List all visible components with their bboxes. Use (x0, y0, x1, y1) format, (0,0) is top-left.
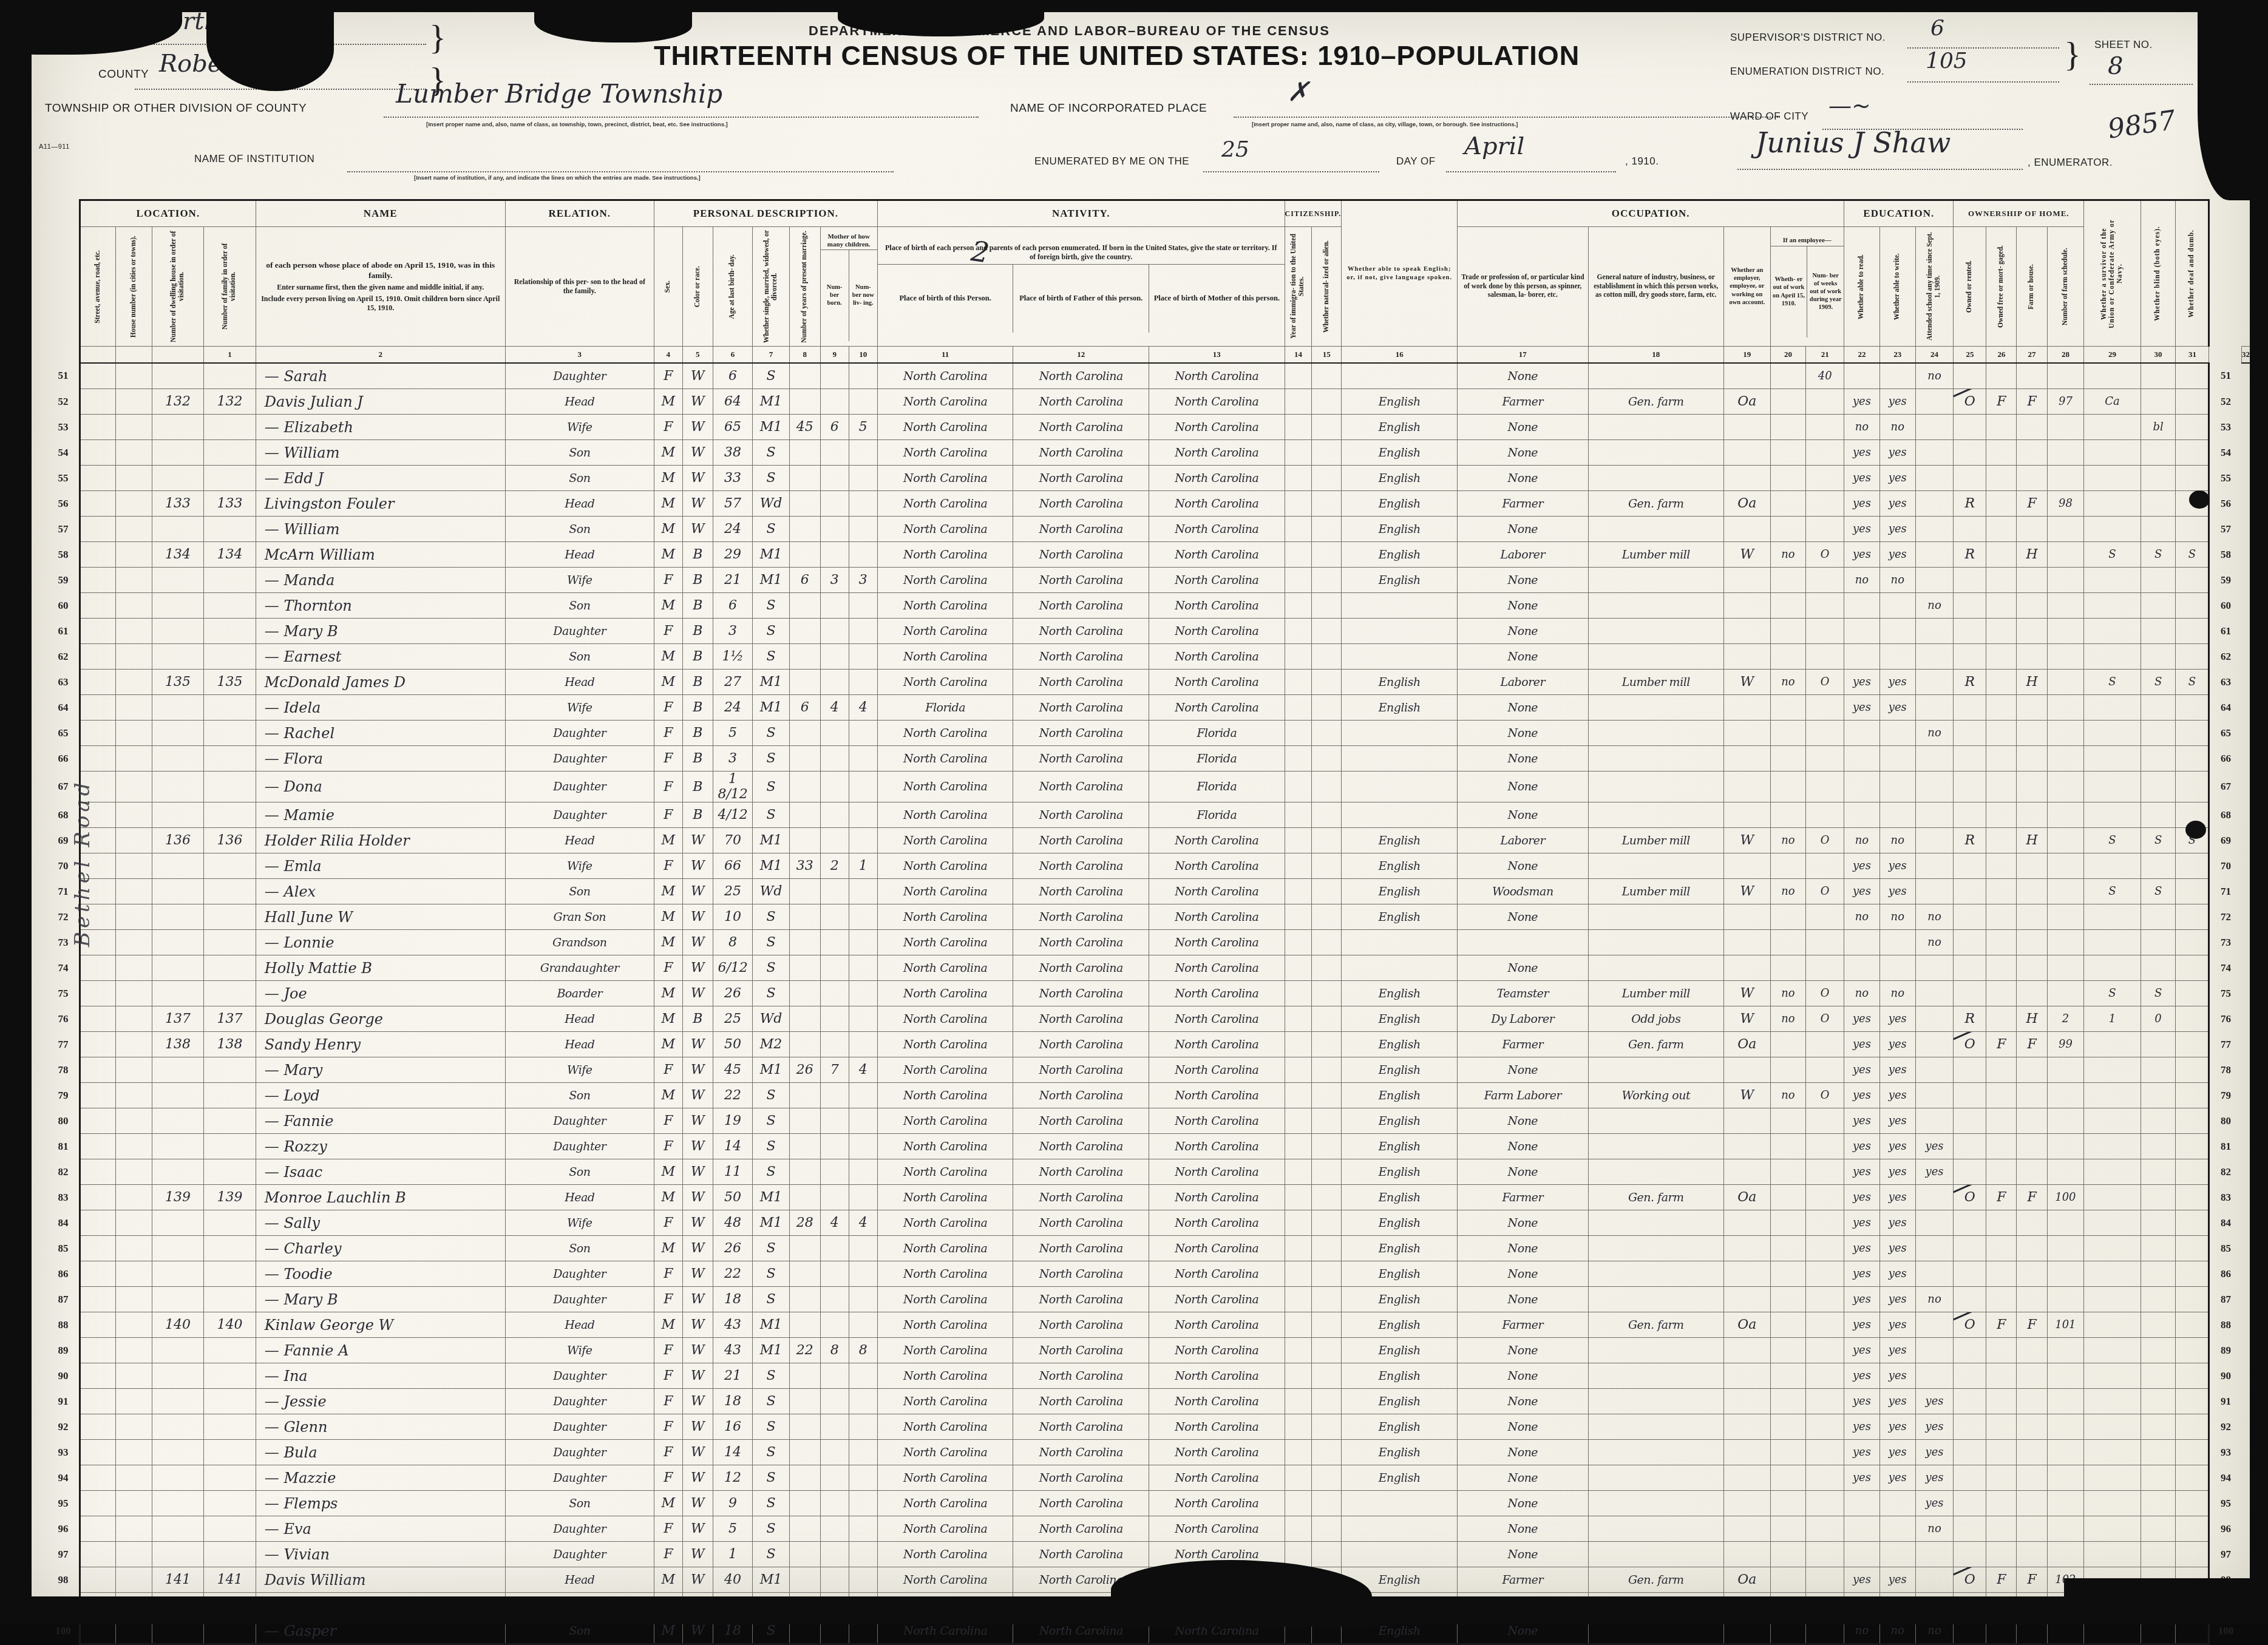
cell-o27 (1986, 1083, 2017, 1108)
col-name-desc: of each person whose place of abode on A… (256, 227, 505, 347)
cell-c30 (2084, 853, 2141, 879)
cell-rel: Gran Son (505, 904, 654, 930)
group-citizenship: CITIZENSHIP. (1285, 200, 1342, 227)
cell-fbp: North Carolina (1013, 930, 1149, 955)
cell-ym (789, 466, 820, 491)
enumerator-signature: Junius J Shaw (1756, 126, 1951, 159)
cell-sch: no (1915, 593, 1954, 619)
cell-c31: S (2141, 981, 2176, 1006)
table-row: 74Holly Mattie BGrandaughterFW6/12SNorth… (47, 955, 2252, 981)
cell-lnR: 83 (2209, 1185, 2242, 1210)
cell-mar: S (753, 746, 790, 772)
cell-ind: Lumber mill (1588, 981, 1724, 1006)
cell-ym (789, 802, 820, 828)
cell-mbp: North Carolina (1149, 619, 1285, 644)
cell-rd (1844, 363, 1880, 389)
cell-lnL: 51 (47, 363, 80, 389)
cell-house (116, 1542, 152, 1567)
cell-c30 (2084, 1057, 2141, 1083)
cell-nat (1312, 644, 1342, 670)
cell-c32 (2176, 1338, 2209, 1363)
cell-eng: English (1342, 1210, 1458, 1236)
column-number: 11 (877, 347, 1013, 364)
cell-street (80, 1261, 115, 1287)
cell-street (80, 363, 115, 389)
cell-dw (152, 1287, 204, 1312)
cell-house (116, 1338, 152, 1363)
cell-dw: 138 (152, 1032, 204, 1057)
cell-fbp: North Carolina (1013, 517, 1149, 542)
cell-lnL: 88 (47, 1312, 80, 1338)
cell-sex: F (654, 1440, 682, 1465)
enumerator-underline (1737, 169, 2023, 170)
cell-ind (1588, 853, 1724, 879)
table-row: 67— DonaDaughterFB1 8/12SNorth CarolinaN… (47, 772, 2252, 802)
cell-mar: M1 (753, 1312, 790, 1338)
cell-fam (204, 1414, 256, 1440)
cell-o26 (1954, 619, 1986, 644)
cell-mbp: North Carolina (1149, 1134, 1285, 1159)
cell-c31 (2141, 955, 2176, 981)
cell-o28 (2017, 772, 2047, 802)
cell-wk (1806, 415, 1844, 440)
group-relation: RELATION. (505, 200, 654, 227)
cell-ind (1588, 772, 1724, 802)
cell-wr: yes (1879, 440, 1915, 466)
cell-name: — Dona (256, 772, 505, 802)
cell-o29 (2047, 853, 2084, 879)
cell-ym (789, 363, 820, 389)
cell-wk (1806, 440, 1844, 466)
cell-mar: M1 (753, 670, 790, 695)
cell-mar: M1 (753, 695, 790, 721)
cell-sex: M (654, 491, 682, 517)
cell-fam (204, 1287, 256, 1312)
cell-o28: F (2017, 389, 2047, 415)
cell-age: 70 (713, 828, 753, 853)
cell-trade: Laborer (1458, 828, 1588, 853)
cell-o28: F (2017, 1185, 2047, 1210)
cell-mbp: North Carolina (1149, 517, 1285, 542)
column-number: 26 (1986, 347, 2017, 364)
cell-trade: None (1458, 904, 1588, 930)
cell-imm (1285, 491, 1312, 517)
cell-imm (1285, 415, 1312, 440)
cell-rd: yes (1844, 1567, 1880, 1593)
table-row: 78— MaryWifeFW45M12674North CarolinaNort… (47, 1057, 2252, 1083)
cell-rd: no (1844, 828, 1880, 853)
cell-sex: F (654, 721, 682, 746)
cell-fbp: North Carolina (1013, 1210, 1149, 1236)
cell-wk (1806, 1363, 1844, 1389)
cell-dw (152, 1542, 204, 1567)
cell-o28 (2017, 440, 2047, 466)
cell-fam (204, 1440, 256, 1465)
cell-mbp: North Carolina (1149, 1159, 1285, 1185)
table-row: 77138138Sandy HenryHeadMW50M2North Carol… (47, 1032, 2252, 1057)
cell-o28 (2017, 1134, 2047, 1159)
cell-col: W (682, 930, 713, 955)
cell-age: 11 (713, 1159, 753, 1185)
cell-ind (1588, 415, 1724, 440)
table-row: 81— RozzyDaughterFW14SNorth CarolinaNort… (47, 1134, 2252, 1159)
cell-o27 (1986, 802, 2017, 828)
cell-sex: M (654, 466, 682, 491)
cell-o26 (1954, 879, 1986, 904)
col-farm-house: Farm or house. (2017, 227, 2047, 347)
cell-o26 (1954, 853, 1986, 879)
cell-street (80, 1465, 115, 1491)
cell-wk (1806, 802, 1844, 828)
cell-wr (1879, 593, 1915, 619)
cell-nat (1312, 1287, 1342, 1312)
cell-eng (1342, 802, 1458, 828)
cell-sch (1915, 389, 1954, 415)
table-row: 58134134McArn WilliamHeadMB29M1North Car… (47, 542, 2252, 568)
cell-c31 (2141, 721, 2176, 746)
col-farm-schedule: Number of farm schedule. (2047, 227, 2084, 347)
cell-lnR: 58 (2209, 542, 2242, 568)
cell-age: 14 (713, 1440, 753, 1465)
scan-blob-top3 (838, 0, 1044, 36)
cell-ind (1588, 904, 1724, 930)
cell-bp: North Carolina (877, 981, 1013, 1006)
cell-col: W (682, 491, 713, 517)
cell-o29 (2047, 981, 2084, 1006)
cell-eng: English (1342, 1134, 1458, 1159)
cell-rd: yes (1844, 491, 1880, 517)
cell-rel: Son (505, 1491, 654, 1516)
cell-wk (1806, 1440, 1844, 1465)
cell-mbp: North Carolina (1149, 981, 1285, 1006)
cell-nat (1312, 1032, 1342, 1057)
cell-col: W (682, 955, 713, 981)
cell-lnR: 80 (2209, 1108, 2242, 1134)
cell-bp: North Carolina (877, 644, 1013, 670)
cell-bp: North Carolina (877, 1032, 1013, 1057)
cell-o26 (1954, 695, 1986, 721)
cell-wr: yes (1879, 466, 1915, 491)
cell-nat (1312, 1159, 1342, 1185)
cell-cb: 7 (820, 1057, 849, 1083)
cell-ym (789, 1363, 820, 1389)
cell-mar: M1 (753, 1210, 790, 1236)
cell-imm (1285, 644, 1312, 670)
cell-bp: North Carolina (877, 619, 1013, 644)
cell-c31 (2141, 1389, 2176, 1414)
cell-wk (1806, 1185, 1844, 1210)
cell-rel: Daughter (505, 1134, 654, 1159)
cell-c30: 1 (2084, 1006, 2141, 1032)
cell-lnR: 78 (2209, 1057, 2242, 1083)
cell-c32 (2176, 1108, 2209, 1134)
cell-o29: 97 (2047, 389, 2084, 415)
cell-nat (1312, 721, 1342, 746)
cell-sch (1915, 1210, 1954, 1236)
cell-eng: English (1342, 828, 1458, 853)
cell-age: 18 (713, 1389, 753, 1414)
cell-cb (820, 802, 849, 828)
column-number: 15 (1312, 347, 1342, 364)
column-number: 27 (2017, 347, 2047, 364)
cell-rel: Son (505, 517, 654, 542)
cell-trade (1458, 930, 1588, 955)
cell-nat (1312, 593, 1342, 619)
cell-cls (1724, 1236, 1771, 1261)
cell-bp: North Carolina (877, 1542, 1013, 1567)
cell-imm (1285, 619, 1312, 644)
cell-name: — William (256, 440, 505, 466)
cell-trade: None (1458, 568, 1588, 593)
cell-rd: yes (1844, 1032, 1880, 1057)
cell-rel: Son (505, 879, 654, 904)
cell-age: 6 (713, 363, 753, 389)
cell-age: 26 (713, 1236, 753, 1261)
cell-eng: English (1342, 981, 1458, 1006)
cell-fam (204, 1389, 256, 1414)
cell-house (116, 1057, 152, 1083)
group-location: LOCATION. (80, 200, 256, 227)
cell-eng: English (1342, 1465, 1458, 1491)
column-number: 6 (713, 347, 753, 364)
cell-c31: S (2141, 542, 2176, 568)
cell-imm (1285, 1261, 1312, 1287)
cell-cb (820, 619, 849, 644)
cell-o28: H (2017, 670, 2047, 695)
cell-o29 (2047, 904, 2084, 930)
cell-rel: Daughter (505, 1465, 654, 1491)
cell-ind (1588, 1491, 1724, 1516)
cell-mar: Wd (753, 879, 790, 904)
cell-o26 (1954, 1159, 1986, 1185)
cell-sch: no (1915, 904, 1954, 930)
cell-cl: 4 (849, 1210, 877, 1236)
cell-c30 (2084, 517, 2141, 542)
cell-nat (1312, 1465, 1342, 1491)
cell-cb (820, 1363, 849, 1389)
cell-cl (849, 593, 877, 619)
cell-mbp: North Carolina (1149, 828, 1285, 853)
cell-dw: 136 (152, 828, 204, 853)
cell-lnL: 91 (47, 1389, 80, 1414)
cell-o27 (1986, 670, 2017, 695)
cell-rel: Wife (505, 853, 654, 879)
cell-rd: no (1844, 904, 1880, 930)
cell-c31 (2141, 695, 2176, 721)
cell-name: — Edd J (256, 466, 505, 491)
cell-c31 (2141, 1312, 2176, 1338)
cell-wr (1879, 1542, 1915, 1567)
cell-o26 (1954, 644, 1986, 670)
cell-o29 (2047, 644, 2084, 670)
cell-dw (152, 1159, 204, 1185)
cell-cb (820, 930, 849, 955)
cell-trade: Woodsman (1458, 879, 1588, 904)
cell-o27 (1986, 1491, 2017, 1516)
cell-cl (849, 491, 877, 517)
cell-o29: 101 (2047, 1312, 2084, 1338)
cell-c31 (2141, 1108, 2176, 1134)
cell-cl: 4 (849, 1057, 877, 1083)
cell-lnL: 80 (47, 1108, 80, 1134)
cell-lnR: 56 (2209, 491, 2242, 517)
cell-col: W (682, 1414, 713, 1440)
cell-o27 (1986, 1134, 2017, 1159)
cell-sex: F (654, 1261, 682, 1287)
cell-imm (1285, 981, 1312, 1006)
cell-cb (820, 1261, 849, 1287)
cell-bp: North Carolina (877, 1567, 1013, 1593)
cell-o28 (2017, 1491, 2047, 1516)
cell-trade: None (1458, 1261, 1588, 1287)
cell-sch (1915, 772, 1954, 802)
cell-cl (849, 1236, 877, 1261)
cell-bp: North Carolina (877, 828, 1013, 853)
cell-c31 (2141, 1057, 2176, 1083)
cell-col: W (682, 363, 713, 389)
cell-fam (204, 1338, 256, 1363)
cell-c32 (2176, 879, 2209, 904)
cell-sex: F (654, 1338, 682, 1363)
cell-lnL: 90 (47, 1363, 80, 1389)
cell-c32 (2176, 466, 2209, 491)
cell-mar: Wd (753, 1006, 790, 1032)
cell-o26: O (1954, 1032, 1986, 1057)
cell-sex: M (654, 1032, 682, 1057)
cell-o29 (2047, 568, 2084, 593)
cell-col: B (682, 695, 713, 721)
cell-c31: bl (2141, 415, 2176, 440)
cell-lnR: 64 (2209, 695, 2242, 721)
cell-col: W (682, 1389, 713, 1414)
cell-street (80, 1185, 115, 1210)
day-of-label: DAY OF (1396, 155, 1436, 168)
cell-eng (1342, 619, 1458, 644)
cell-c32 (2176, 1363, 2209, 1389)
cell-o27 (1986, 619, 2017, 644)
cell-wk (1806, 1134, 1844, 1159)
cell-cb (820, 1516, 849, 1542)
cell-rd: yes (1844, 1261, 1880, 1287)
cell-rd (1844, 746, 1880, 772)
cell-nat (1312, 1185, 1342, 1210)
cell-house (116, 1108, 152, 1134)
cell-house (116, 1185, 152, 1210)
cell-o26 (1954, 904, 1986, 930)
cell-wr: yes (1879, 1389, 1915, 1414)
cell-o29 (2047, 542, 2084, 568)
cell-cls: W (1724, 879, 1771, 904)
cell-rd: yes (1844, 542, 1880, 568)
cell-sex: M (654, 930, 682, 955)
cell-o27 (1986, 517, 2017, 542)
cell-house (116, 363, 152, 389)
column-number: 9 (820, 347, 849, 364)
cell-col: W (682, 879, 713, 904)
table-row: 51— SarahDaughterFW6SNorth CarolinaNorth… (47, 363, 2252, 389)
cell-o26 (1954, 1057, 1986, 1083)
cell-rd (1844, 1516, 1880, 1542)
cell-ow (1770, 1312, 1806, 1338)
cell-bp: North Carolina (877, 1414, 1013, 1440)
col-read: Whether able to read. (1844, 227, 1880, 347)
cell-trade: None (1458, 1108, 1588, 1134)
cell-c30 (2084, 721, 2141, 746)
cell-nat (1312, 670, 1342, 695)
stamp-number: 9857 (2106, 104, 2178, 144)
col-write: Whether able to write. (1879, 227, 1915, 347)
cell-sex: M (654, 1159, 682, 1185)
cell-mbp: North Carolina (1149, 695, 1285, 721)
cell-ow (1770, 491, 1806, 517)
cell-col: B (682, 746, 713, 772)
cell-street (80, 1338, 115, 1363)
cell-house (116, 853, 152, 879)
cell-name: Hall June W (256, 904, 505, 930)
cell-trade: None (1458, 695, 1588, 721)
cell-wk (1806, 930, 1844, 955)
cell-fam (204, 981, 256, 1006)
cell-col: W (682, 1057, 713, 1083)
cell-dw (152, 415, 204, 440)
cell-trade: None (1458, 1440, 1588, 1465)
cell-name: — Mamie (256, 802, 505, 828)
cell-cb (820, 904, 849, 930)
township-label: TOWNSHIP OR OTHER DIVISION OF COUNTY (45, 102, 307, 115)
state-brace: } (429, 17, 446, 58)
cell-house (116, 828, 152, 853)
cell-ym (789, 828, 820, 853)
cell-dw (152, 1414, 204, 1440)
cell-ow (1770, 568, 1806, 593)
cell-rd: yes (1844, 1236, 1880, 1261)
pen-flourish (1954, 1032, 1986, 1042)
cell-dw (152, 1057, 204, 1083)
cell-ym (789, 1542, 820, 1567)
cell-ow (1770, 802, 1806, 828)
cell-sex: F (654, 1516, 682, 1542)
cell-name: — Toodie (256, 1261, 505, 1287)
cell-imm (1285, 389, 1312, 415)
cell-o27 (1986, 1389, 2017, 1414)
cell-ym (789, 619, 820, 644)
cell-wr: yes (1879, 1159, 1915, 1185)
cell-lnR: 51 (2209, 363, 2242, 389)
cell-lnR: 62 (2209, 644, 2242, 670)
cell-age: 29 (713, 542, 753, 568)
column-number: 25 (1954, 347, 1986, 364)
cell-name: — Glenn (256, 1414, 505, 1440)
cell-o26 (1954, 1210, 1986, 1236)
cell-trade: None (1458, 363, 1588, 389)
cell-nat (1312, 1542, 1342, 1567)
cell-bp: North Carolina (877, 955, 1013, 981)
cell-cb: 8 (820, 1338, 849, 1363)
cell-fbp: North Carolina (1013, 415, 1149, 440)
cell-wk: O (1806, 1083, 1844, 1108)
table-row: 90— InaDaughterFW21SNorth CarolinaNorth … (47, 1363, 2252, 1389)
cell-sex: M (654, 1236, 682, 1261)
cell-fam: 137 (204, 1006, 256, 1032)
cell-eng: English (1342, 440, 1458, 466)
cell-col: W (682, 1083, 713, 1108)
cell-lnR: 79 (2209, 1083, 2242, 1108)
cell-eng: English (1342, 853, 1458, 879)
cell-bp: North Carolina (877, 802, 1013, 828)
cell-nat (1312, 440, 1342, 466)
cell-o26 (1954, 1261, 1986, 1287)
cell-cls (1724, 1414, 1771, 1440)
